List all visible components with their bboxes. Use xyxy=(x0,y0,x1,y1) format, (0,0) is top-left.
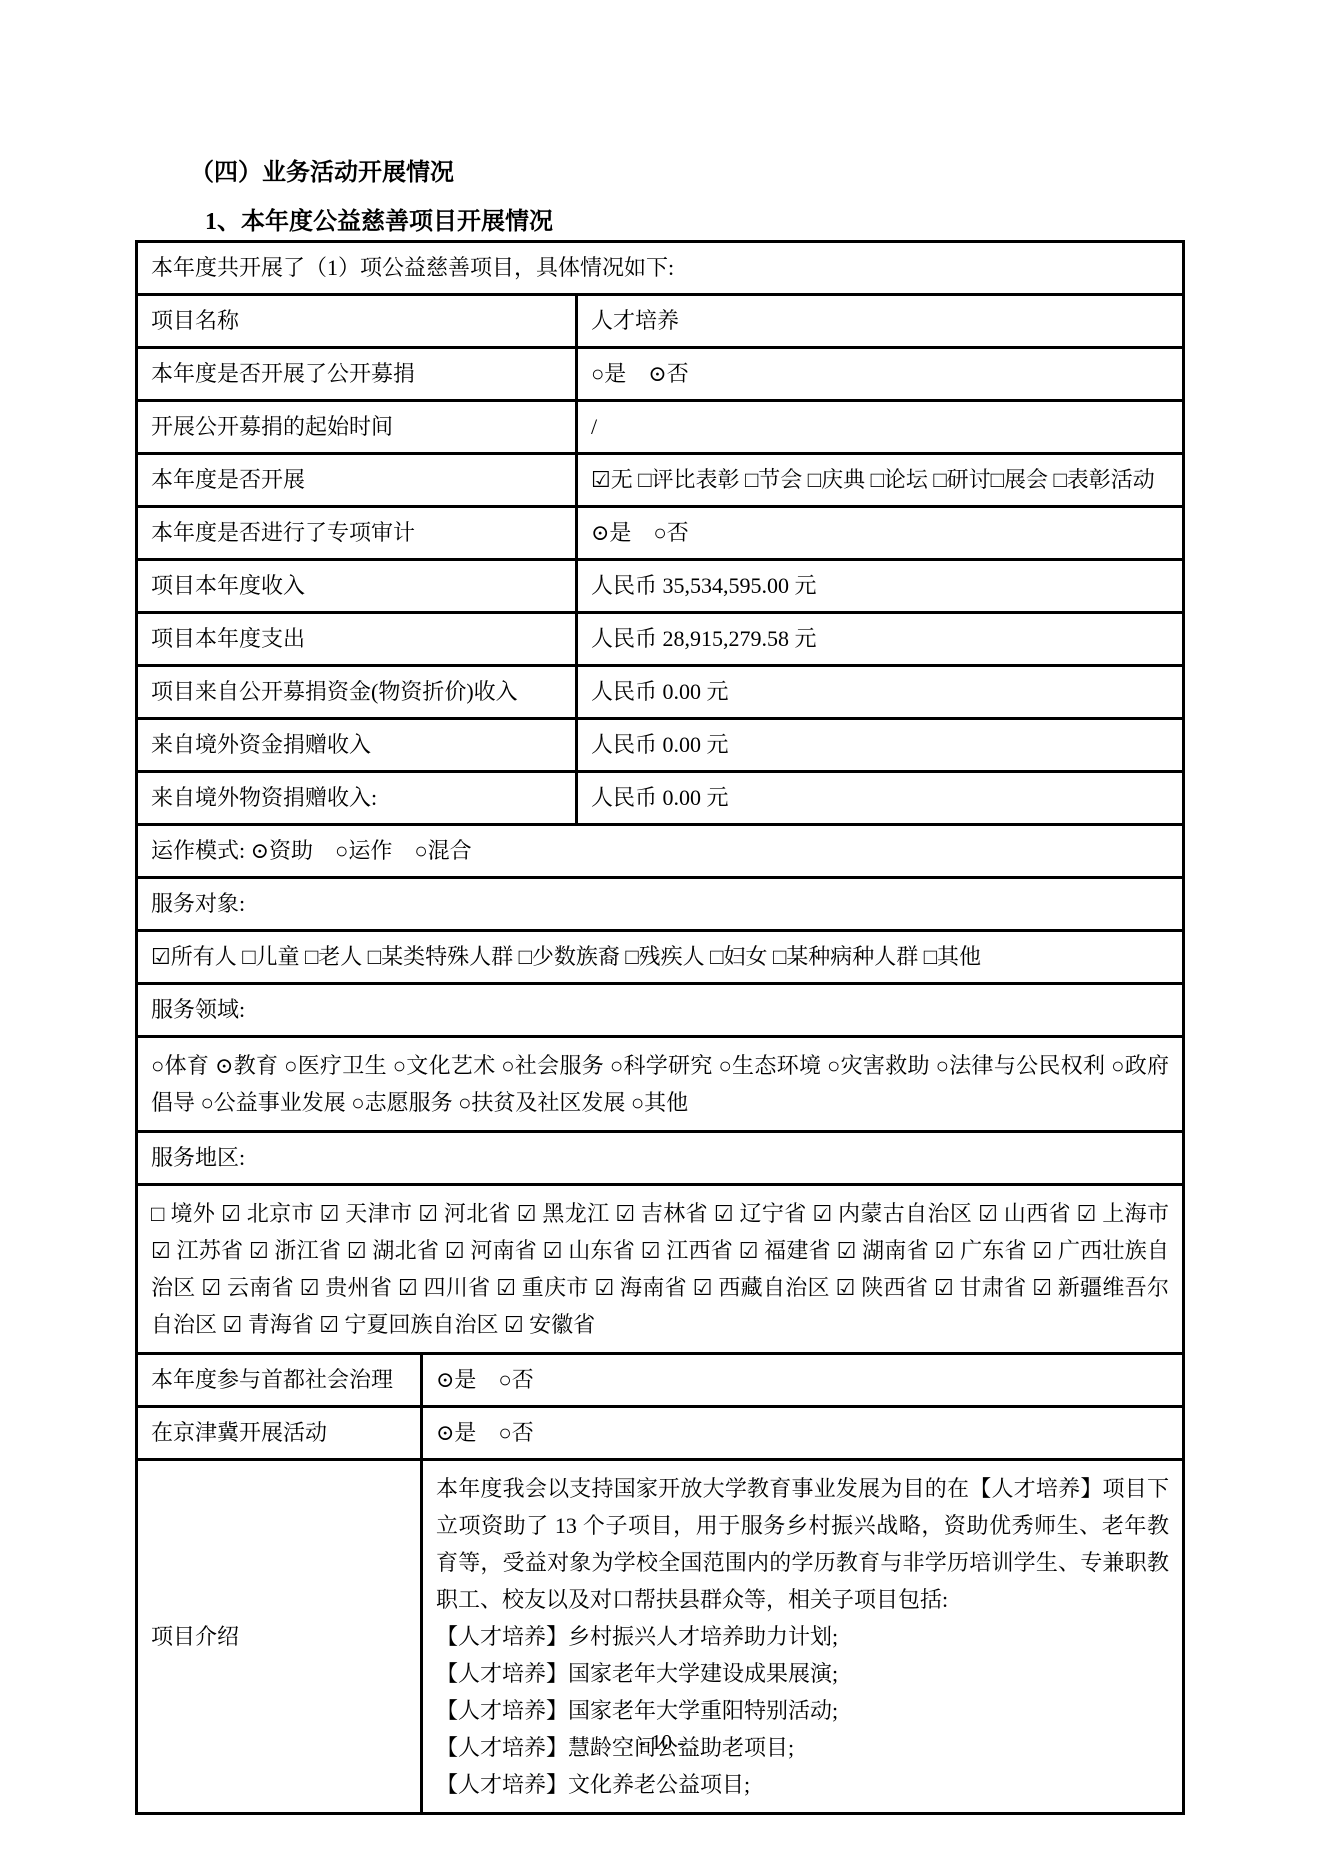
project-intro-item: 【人才培养】国家老年大学建设成果展演; xyxy=(436,1655,1169,1692)
row-value-radio-group: ⊙是 ○否 xyxy=(423,1408,1182,1458)
row-label: 开展公开募捐的起始时间 xyxy=(138,402,578,452)
table-row-capital-governance: 本年度参与首都社会治理 ⊙是 ○否 xyxy=(138,1352,1182,1405)
table-row-jingjinji-activity: 在京津冀开展活动 ⊙是 ○否 xyxy=(138,1405,1182,1458)
page-number: - 10 - xyxy=(0,1730,1323,1755)
row-label: 项目介绍 xyxy=(138,1461,423,1812)
row-label: 本年度是否开展了公开募捐 xyxy=(138,349,578,399)
row-value-radio-group: ⊙是 ○否 xyxy=(423,1355,1182,1405)
table-intro-row: 本年度共开展了（1）项公益慈善项目，具体情况如下: xyxy=(138,243,1182,293)
project-intro-text: 本年度我会以支持国家开放大学教育事业发展为目的在【人才培养】项目下立项资助了 1… xyxy=(423,1461,1182,1812)
row-value: 人民币 35,534,595.00 元 xyxy=(578,561,1182,611)
service-field-label: 服务领域: xyxy=(138,985,1182,1035)
row-label: 项目来自公开募捐资金(物资折价)收入 xyxy=(138,667,578,717)
service-target-checkbox-group: ☑所有人 □儿童 □老人 □某类特殊人群 □少数族裔 □残疾人 □妇女 □某种病… xyxy=(138,932,1182,982)
row-value: 人民币 0.00 元 xyxy=(578,667,1182,717)
row-value-radio-group: ○是 ⊙否 xyxy=(578,349,1182,399)
row-value-checkbox-group: ☑无 □评比表彰 □节会 □庆典 □论坛 □研讨□展会 □表彰活动 xyxy=(578,455,1182,505)
table-row-service-target-label: 服务对象: xyxy=(138,876,1182,929)
row-label: 项目本年度支出 xyxy=(138,614,578,664)
row-label: 项目本年度收入 xyxy=(138,561,578,611)
table-row-overseas-fund-income: 来自境外资金捐赠收入 人民币 0.00 元 xyxy=(138,717,1182,770)
table-row-service-field-options: ○体育 ⊙教育 ○医疗卫生 ○文化艺术 ○社会服务 ○科学研究 ○生态环境 ○灾… xyxy=(138,1035,1182,1130)
row-label: 本年度参与首都社会治理 xyxy=(138,1355,423,1405)
service-field-radio-group: ○体育 ⊙教育 ○医疗卫生 ○文化艺术 ○社会服务 ○科学研究 ○生态环境 ○灾… xyxy=(138,1038,1182,1130)
table-row-activities-held: 本年度是否开展 ☑无 □评比表彰 □节会 □庆典 □论坛 □研讨□展会 □表彰活… xyxy=(138,452,1182,505)
row-value-radio-group: ⊙是 ○否 xyxy=(578,508,1182,558)
table-row-overseas-material-income: 来自境外物资捐赠收入: 人民币 0.00 元 xyxy=(138,770,1182,823)
document-page: （四）业务活动开展情况 1、本年度公益慈善项目开展情况 本年度共开展了（1）项公… xyxy=(0,0,1323,1871)
table-row-fundraising-start-time: 开展公开募捐的起始时间 / xyxy=(138,399,1182,452)
row-label: 本年度是否进行了专项审计 xyxy=(138,508,578,558)
table-row-annual-income: 项目本年度收入 人民币 35,534,595.00 元 xyxy=(138,558,1182,611)
row-label: 在京津冀开展活动 xyxy=(138,1408,423,1458)
row-label: 项目名称 xyxy=(138,296,578,346)
row-value: / xyxy=(578,402,1182,452)
subsection-title: 1、本年度公益慈善项目开展情况 xyxy=(205,207,553,237)
table-row-service-target-options: ☑所有人 □儿童 □老人 □某类特殊人群 □少数族裔 □残疾人 □妇女 □某种病… xyxy=(138,929,1182,982)
table-row-operation-mode: 运作模式: ⊙资助 ○运作 ○混合 xyxy=(138,823,1182,876)
table-row-service-area-label: 服务地区: xyxy=(138,1130,1182,1183)
table-row-public-fund-income: 项目来自公开募捐资金(物资折价)收入 人民币 0.00 元 xyxy=(138,664,1182,717)
project-intro-item: 【人才培养】乡村振兴人才培养助力计划; xyxy=(436,1618,1169,1655)
table-row-public-fundraising: 本年度是否开展了公开募捐 ○是 ⊙否 xyxy=(138,346,1182,399)
table-row-project-intro: 项目介绍 本年度我会以支持国家开放大学教育事业发展为目的在【人才培养】项目下立项… xyxy=(138,1458,1182,1812)
row-value: 人民币 0.00 元 xyxy=(578,773,1182,823)
table-intro-text: 本年度共开展了（1）项公益慈善项目，具体情况如下: xyxy=(138,243,1182,293)
table-row-project-name: 项目名称 人才培养 xyxy=(138,293,1182,346)
project-intro-item: 【人才培养】文化养老公益项目; xyxy=(436,1766,1169,1803)
section-title: （四）业务活动开展情况 xyxy=(190,158,454,188)
row-value: 人民币 0.00 元 xyxy=(578,720,1182,770)
table-row-service-area-options: □ 境外 ☑ 北京市 ☑ 天津市 ☑ 河北省 ☑ 黑龙江 ☑ 吉林省 ☑ 辽宁省… xyxy=(138,1183,1182,1352)
operation-mode-radio-group: 运作模式: ⊙资助 ○运作 ○混合 xyxy=(138,826,1182,876)
table-row-annual-expense: 项目本年度支出 人民币 28,915,279.58 元 xyxy=(138,611,1182,664)
project-intro-paragraph: 本年度我会以支持国家开放大学教育事业发展为目的在【人才培养】项目下立项资助了 1… xyxy=(436,1470,1169,1618)
row-label: 本年度是否开展 xyxy=(138,455,578,505)
project-intro-item: 【人才培养】国家老年大学重阳特别活动; xyxy=(436,1692,1169,1729)
table-row-service-field-label: 服务领域: xyxy=(138,982,1182,1035)
table-row-special-audit: 本年度是否进行了专项审计 ⊙是 ○否 xyxy=(138,505,1182,558)
service-area-label: 服务地区: xyxy=(138,1133,1182,1183)
service-target-label: 服务对象: xyxy=(138,879,1182,929)
row-label: 来自境外物资捐赠收入: xyxy=(138,773,578,823)
row-value: 人民币 28,915,279.58 元 xyxy=(578,614,1182,664)
charity-project-table: 本年度共开展了（1）项公益慈善项目，具体情况如下: 项目名称 人才培养 本年度是… xyxy=(135,240,1185,1815)
row-label: 来自境外资金捐赠收入 xyxy=(138,720,578,770)
service-area-checkbox-group: □ 境外 ☑ 北京市 ☑ 天津市 ☑ 河北省 ☑ 黑龙江 ☑ 吉林省 ☑ 辽宁省… xyxy=(138,1186,1182,1352)
row-value: 人才培养 xyxy=(578,296,1182,346)
